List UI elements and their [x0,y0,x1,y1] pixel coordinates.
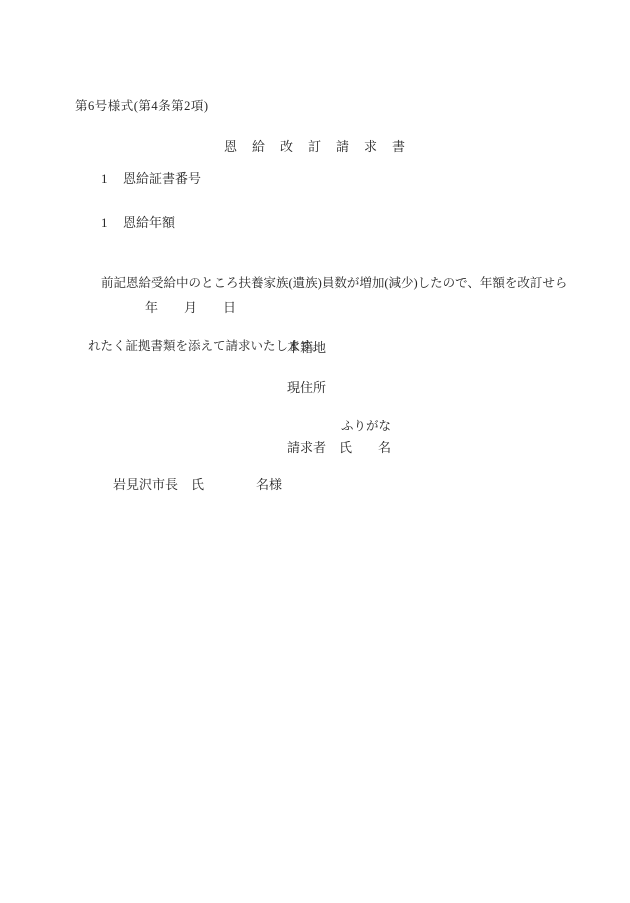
item-number: 1 [101,215,123,231]
date-line: 年 月 日 [145,297,236,316]
item-label: 恩給証書番号 [123,171,201,186]
request-statement-line2: れたく証拠書類を添えて請求いたします。 [88,336,568,357]
document-page: 第6号様式(第4条第2項) 恩 給 改 訂 請 求 書 1恩給証書番号 1恩給年… [0,0,630,903]
addressee-line: 岩見沢市長 氏 名様 [113,474,282,493]
furigana-label: ふりがな [341,416,391,434]
item-number: 1 [101,171,123,187]
item-label: 恩給年額 [123,215,175,230]
request-statement-line1: 前記恩給受給中のところ扶養家族(遺族)員数が増加(減少)したので、年額を改訂せら [88,273,568,294]
form-number: 第6号様式(第4条第2項) [75,96,209,114]
claimant-name-label: 請求者 氏 名 [287,437,391,456]
registered-domicile-label: 本籍地 [287,337,326,356]
current-address-label: 現住所 [287,377,326,396]
